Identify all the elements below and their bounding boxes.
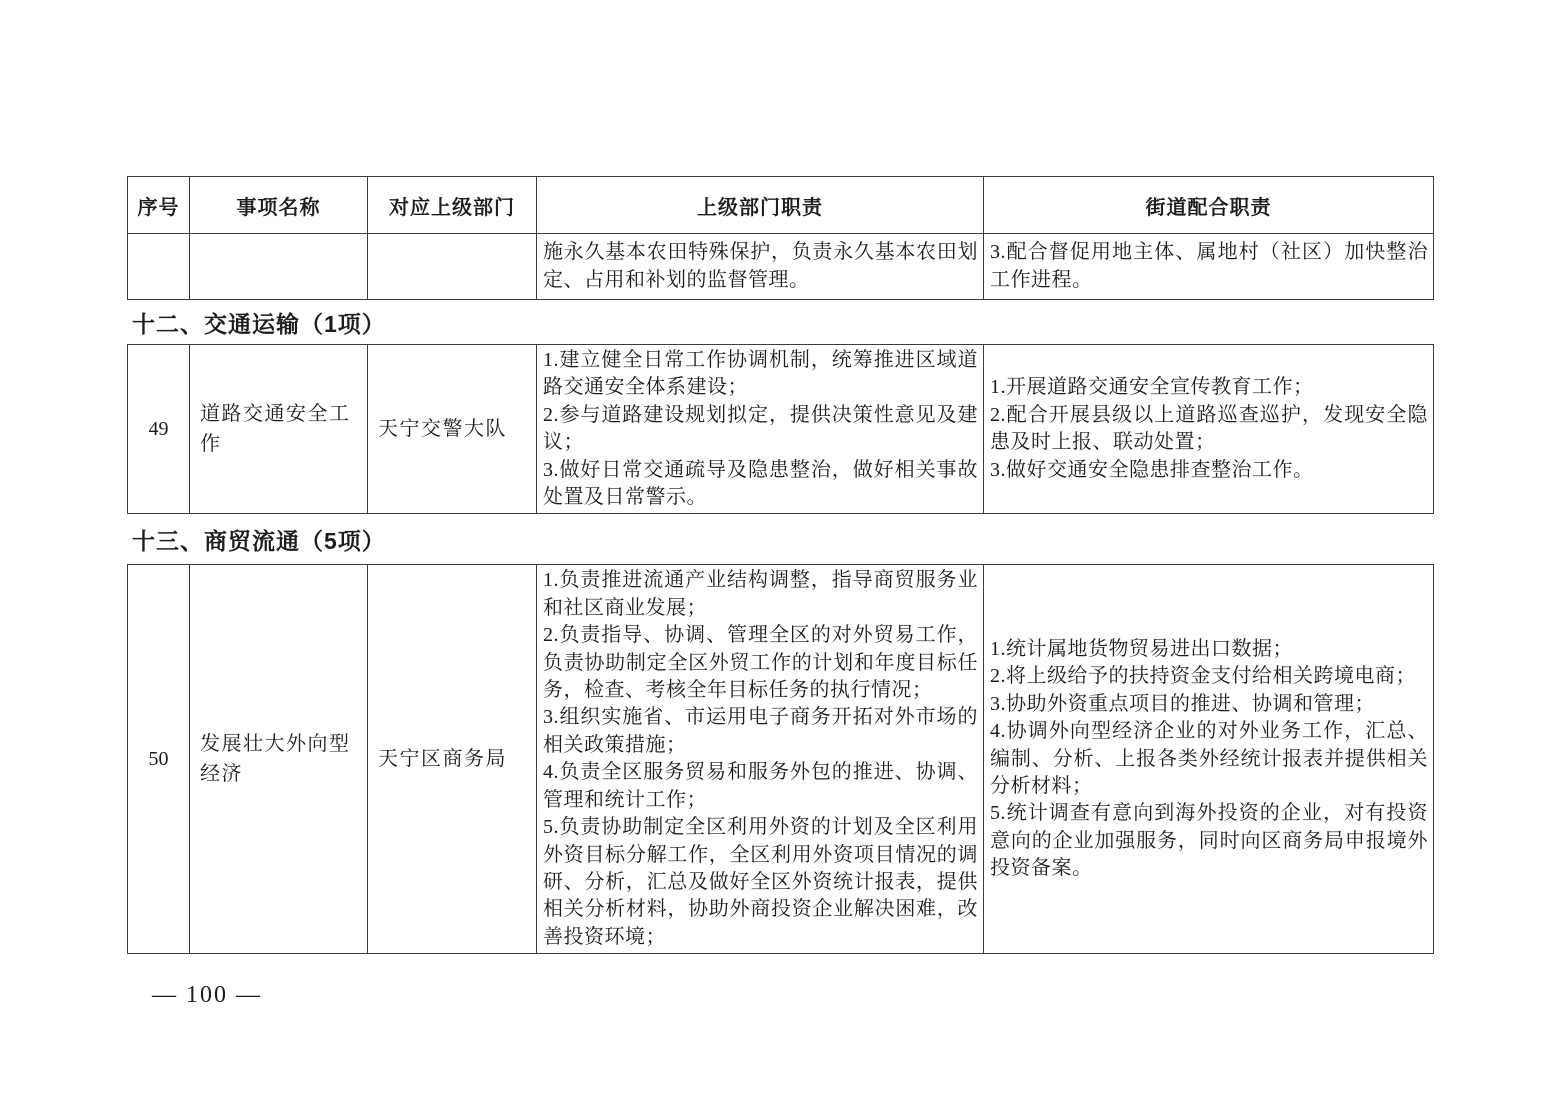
carryover-superior-duties-cell: 施永久基本农田特殊保护，负责永久基本农田划定、占用和补划的监督管理。 [537, 234, 984, 300]
row49-dept-cell: 天宁交警大队 [368, 345, 537, 514]
carryover-street-duties-cell: 3.配合督促用地主体、属地村（社区）加快整治工作进程。 [984, 234, 1434, 300]
table-header-row: 序号 事项名称 对应上级部门 上级部门职责 街道配合职责 [128, 177, 1434, 234]
header-superior-duties: 上级部门职责 [537, 177, 984, 234]
responsibility-table-page: 序号 事项名称 对应上级部门 上级部门职责 街道配合职责 施永久基本农田特殊保护… [127, 176, 1433, 954]
row49-superior-duties-cell: 1.建立健全日常工作协调机制，统筹推进区域道路交通安全体系建设； 2.参与道路建… [537, 345, 984, 514]
carryover-dept-cell [368, 234, 537, 300]
row50-dept-cell: 天宁区商务局 [368, 565, 537, 954]
carryover-name-cell [190, 234, 368, 300]
section-title-transport: 十二、交通运输（1项） [127, 300, 1433, 344]
section-title-commerce: 十三、商贸流通（5项） [127, 514, 1433, 564]
row49-seq-cell: 49 [128, 345, 190, 514]
table-segment-transport: 49 道路交通安全工作 天宁交警大队 1.建立健全日常工作协调机制，统筹推进区域… [127, 344, 1434, 514]
row50-superior-duties-cell: 1.负责推进流通产业结构调整，指导商贸服务业和社区商业发展； 2.负责指导、协调… [537, 565, 984, 954]
header-item-name: 事项名称 [190, 177, 368, 234]
row49-name-cell: 道路交通安全工作 [190, 345, 368, 514]
row50-street-duties-cell: 1.统计属地货物贸易进出口数据； 2.将上级给予的扶持资金支付给相关跨境电商； … [984, 565, 1434, 954]
table-row-carryover: 施永久基本农田特殊保护，负责永久基本农田划定、占用和补划的监督管理。 3.配合督… [128, 234, 1434, 300]
row49-street-duties-cell: 1.开展道路交通安全宣传教育工作； 2.配合开展县级以上道路巡查巡护，发现安全隐… [984, 345, 1434, 514]
page-number: — 100 — [152, 982, 262, 1009]
table-segment-commerce: 50 发展壮大外向型经济 天宁区商务局 1.负责推进流通产业结构调整，指导商贸服… [127, 564, 1434, 954]
row50-name-cell: 发展壮大外向型经济 [190, 565, 368, 954]
row50-seq-cell: 50 [128, 565, 190, 954]
header-superior-dept: 对应上级部门 [368, 177, 537, 234]
header-street-duties: 街道配合职责 [984, 177, 1434, 234]
table-row-49: 49 道路交通安全工作 天宁交警大队 1.建立健全日常工作协调机制，统筹推进区域… [128, 345, 1434, 514]
table-segment-top: 序号 事项名称 对应上级部门 上级部门职责 街道配合职责 施永久基本农田特殊保护… [127, 176, 1434, 300]
table-row-50: 50 发展壮大外向型经济 天宁区商务局 1.负责推进流通产业结构调整，指导商贸服… [128, 565, 1434, 954]
header-seq: 序号 [128, 177, 190, 234]
carryover-seq-cell [128, 234, 190, 300]
